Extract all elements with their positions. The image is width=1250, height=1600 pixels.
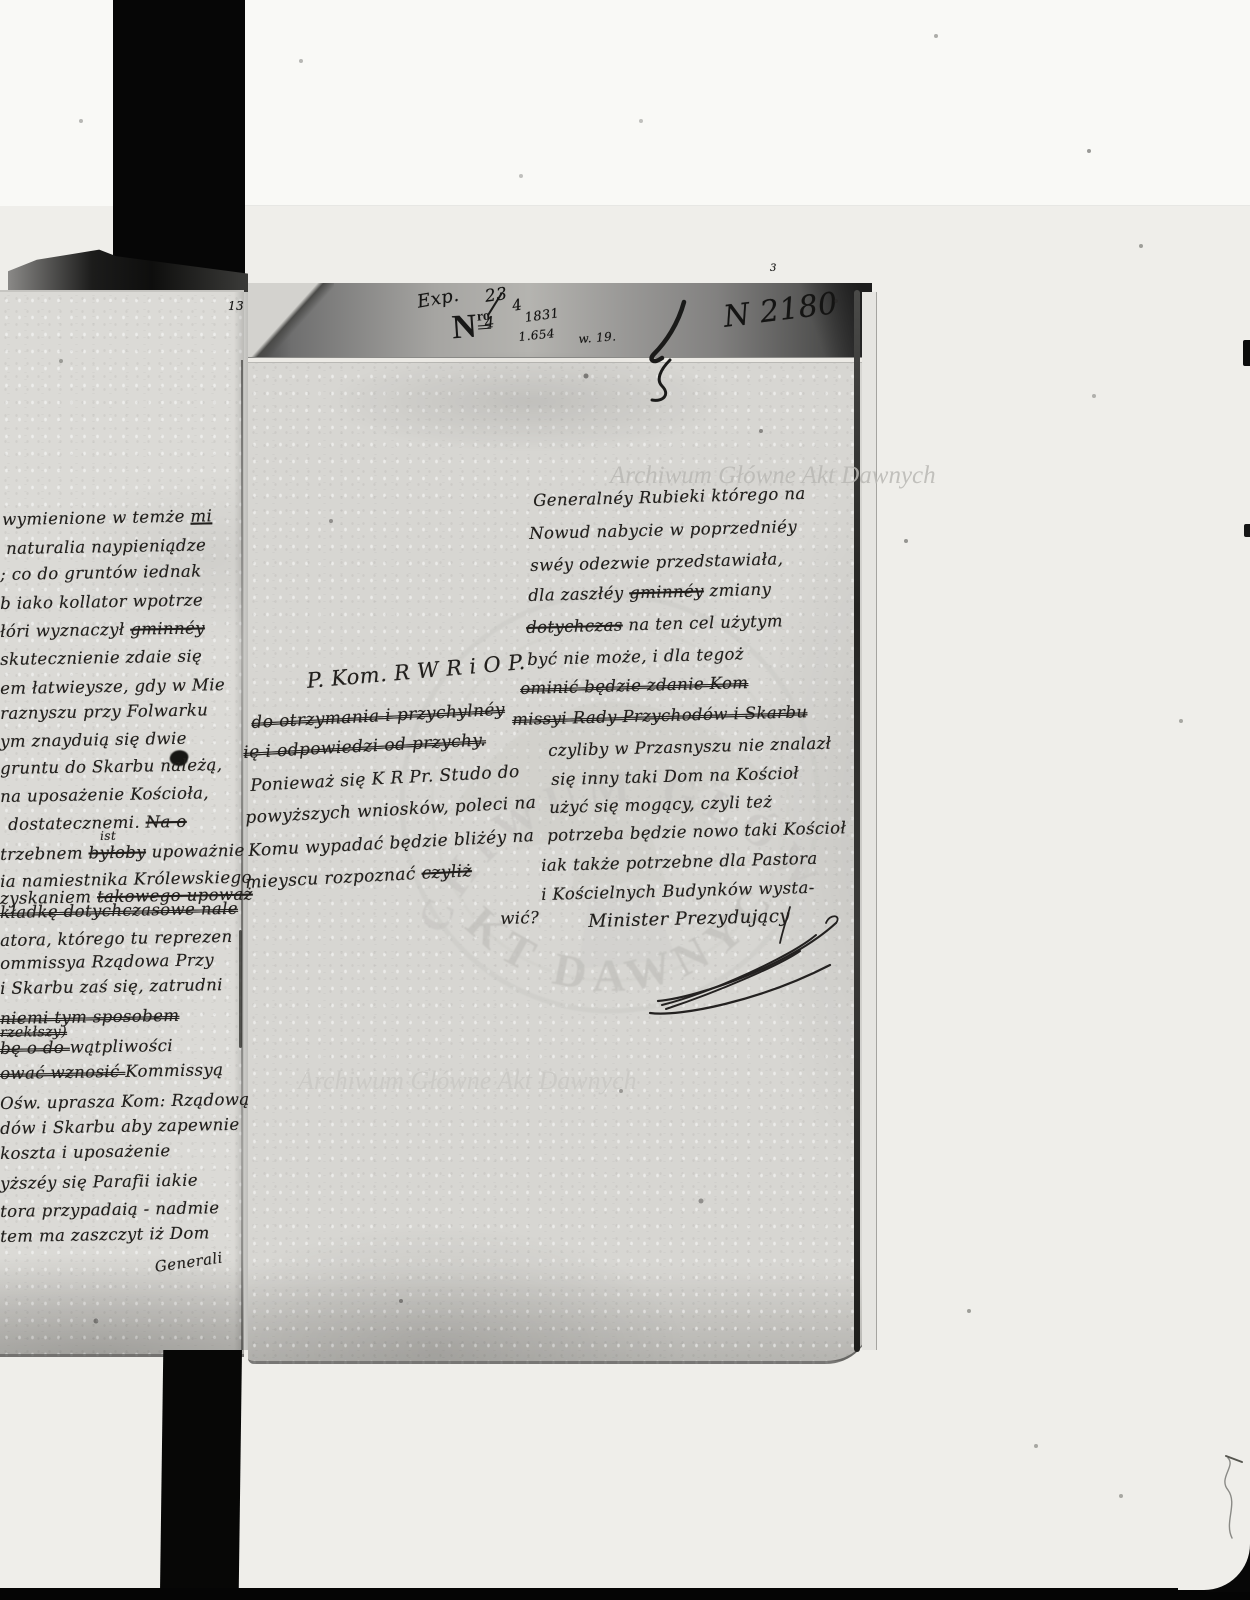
thread-artifact xyxy=(1198,1452,1250,1552)
handwriting-segment: na ten cel użytym xyxy=(622,611,783,634)
handwriting-segment: i Kościelnych Budynków wysta- xyxy=(541,878,815,904)
handwriting-line: iak także potrzebne dla Pastora xyxy=(541,851,818,875)
handwriting-segment: się inny taki Dom na Kościoł xyxy=(551,764,799,789)
handwriting-segment: dla zaszłéy xyxy=(528,583,630,605)
handwriting-line: dla zaszłéy gminnéy zmiany xyxy=(528,582,772,605)
hook-mark-lower xyxy=(652,360,670,400)
handwriting-segment: czyliby w Przasnyszu nie znalazł xyxy=(548,734,832,760)
handwriting-line: być nie może, i dla tegoż xyxy=(527,646,744,668)
handwriting-segment: ominić będzie zdanie Kom xyxy=(520,673,749,698)
handwriting-segment: gminnéy xyxy=(629,581,704,602)
dust-specks-paper xyxy=(0,0,2,2)
handwriting-segment: użyć się mogący, czyli też xyxy=(549,792,773,817)
handwriting-line: czyliby w Przasnyszu nie znalazł xyxy=(548,736,832,760)
handwriting-segment: missyi Rady Przychodów i Skarbu xyxy=(512,702,808,729)
handwriting-segment: zmiany xyxy=(704,580,772,601)
handwriting-line: wić? xyxy=(500,910,540,928)
handwriting-segment: dotychczas xyxy=(526,615,623,637)
handwriting-line: potrzeba będzie nowo taki Kościoł xyxy=(547,820,846,844)
handwriting-line: swéy odezwie przedstawiała, xyxy=(530,551,784,574)
handwriting-line: missyi Rady Przychodów i Skarbu xyxy=(512,704,808,728)
handwriting-segment: być nie może, i dla tegoż xyxy=(527,644,744,669)
ink-check-marks xyxy=(640,292,700,407)
film-edge-notch-upper xyxy=(1243,340,1250,366)
film-black-bar-bottom xyxy=(0,1588,1250,1600)
handwriting-line: Nowud nabycie w poprzedniéy xyxy=(529,519,797,543)
handwriting-segment: wić? xyxy=(500,908,540,928)
film-black-strip-bottom xyxy=(160,1350,242,1592)
document-scan: ARCHIWUM GŁÓWNE AKT DAWNYCH Archiwum Głó… xyxy=(0,0,1250,1600)
handwriting-segment: Nowud nabycie w poprzedniéy xyxy=(529,517,797,543)
signature-flourish xyxy=(640,905,855,1023)
handwriting-line: użyć się mogący, czyli też xyxy=(549,794,773,816)
handwriting-segment: Generalnéy Rubieki którego na xyxy=(533,484,806,510)
handwriting-line: dotychczas na ten cel użytym xyxy=(526,613,783,636)
handwriting-line: się inny taki Dom na Kościoł xyxy=(551,766,799,789)
handwriting-segment: potrzeba będzie nowo taki Kościoł xyxy=(547,818,847,845)
film-edge-notch-lower xyxy=(1244,524,1250,537)
handwriting-line: i Kościelnych Budynków wysta- xyxy=(541,880,815,904)
handwriting-line: ominić będzie zdanie Kom xyxy=(520,675,749,697)
hook-mark-upper xyxy=(652,302,684,361)
handwriting-segment: swéy odezwie przedstawiała, xyxy=(530,549,784,575)
handwriting-line: Generalnéy Rubieki którego na xyxy=(533,486,806,510)
handwriting-segment: iak także potrzebne dla Pastora xyxy=(541,849,818,875)
